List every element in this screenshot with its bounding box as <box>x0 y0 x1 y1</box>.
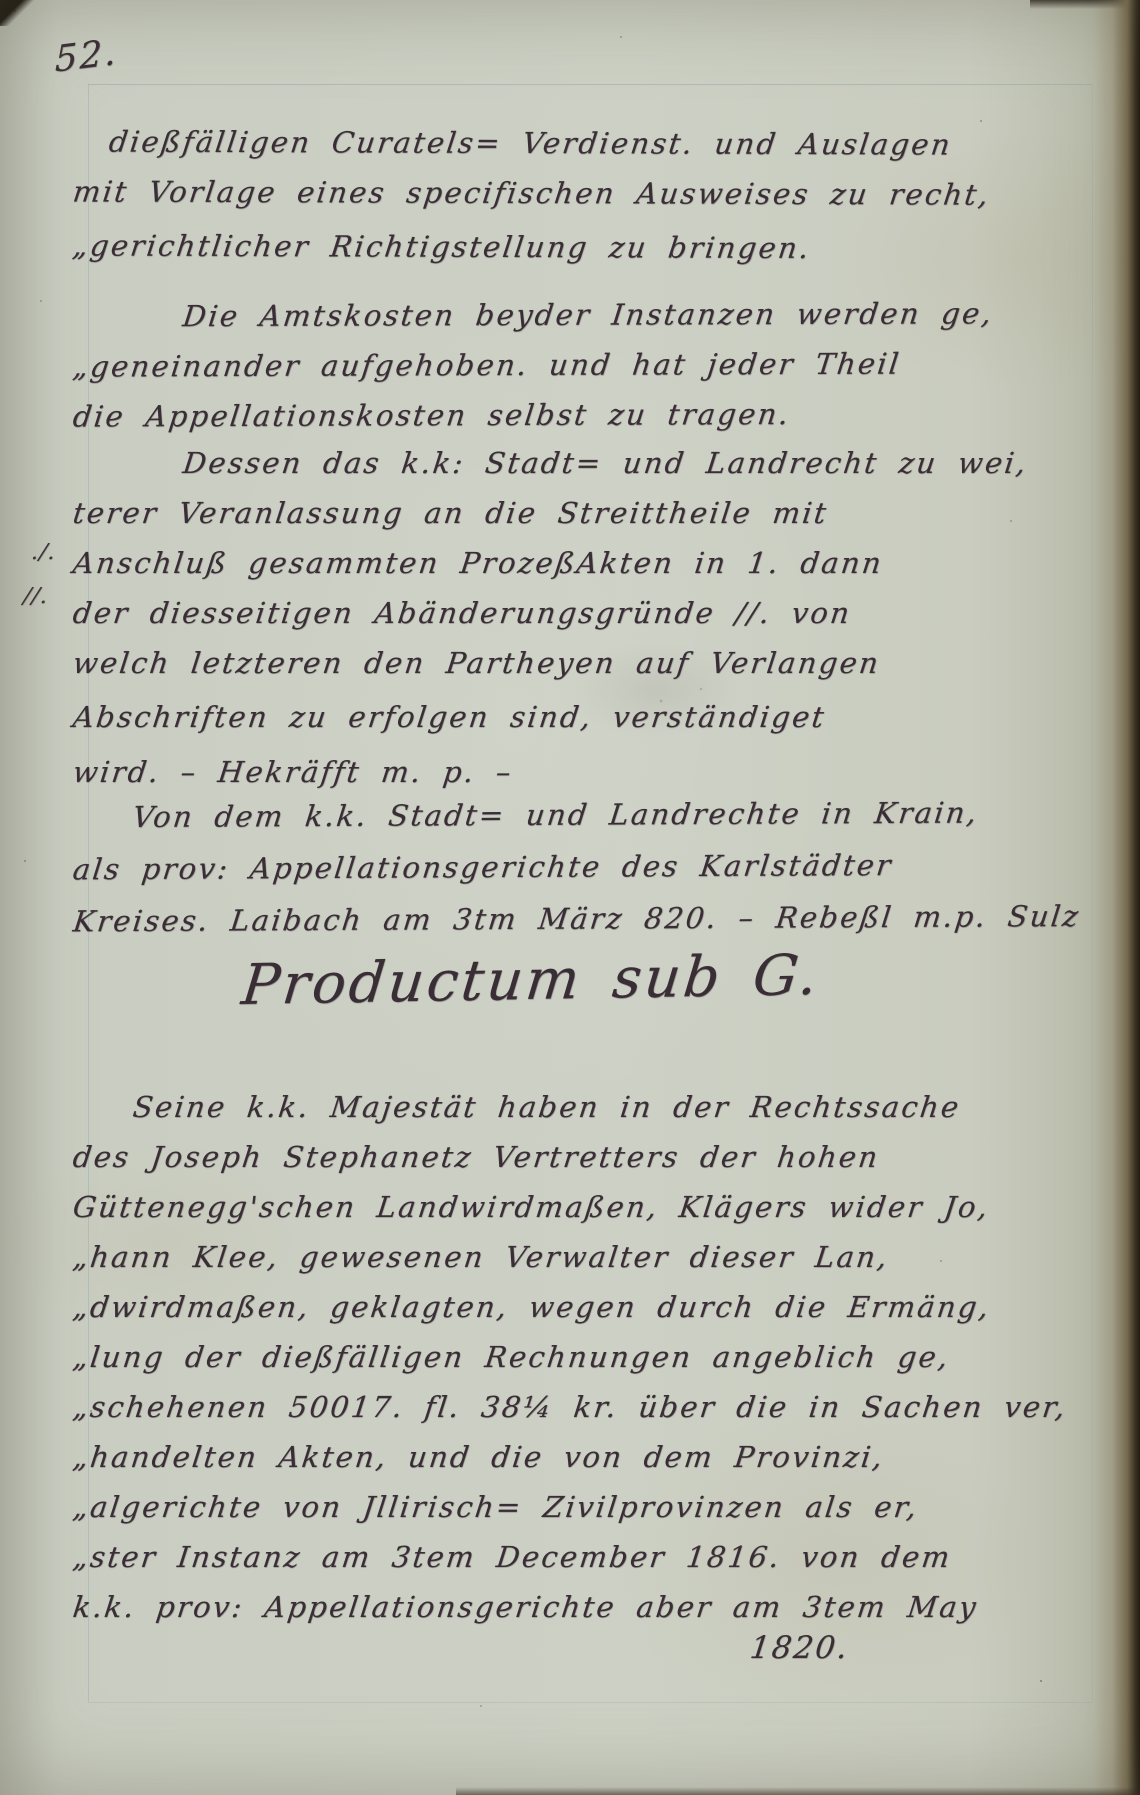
manuscript-line: Dessen das k.k: Stadt= und Landrecht zu … <box>70 438 960 488</box>
line-text: Abschriften zu erfolgen sind, verständig… <box>70 692 829 742</box>
manuscript-line: Anschluß gesammten ProzeßAkten in 1. dan… <box>70 538 960 588</box>
manuscript-line: Güttenegg'schen Landwirdmaßen, Klägers w… <box>70 1182 960 1232</box>
line-text: als prov: Appellationsgerichte des Karls… <box>70 840 895 894</box>
line-text: „geneinander aufgehoben. und hat jeder T… <box>70 339 904 392</box>
manuscript-line: „ster Instanz am 3tem December 1816. von… <box>70 1532 960 1582</box>
line-text: „schehenen 50017. fl. 38¼ kr. über die i… <box>70 1382 1070 1432</box>
manuscript-line: „schehenen 50017. fl. 38¼ kr. über die i… <box>70 1382 960 1432</box>
manuscript-line: als prov: Appellationsgerichte des Karls… <box>70 840 960 895</box>
manuscript-line: „gerichtlicher Richtigstellung zu bringe… <box>70 220 960 273</box>
margin-mark-text: //. <box>22 584 50 609</box>
line-text: Die Amtskosten beyder Instanzen werden g… <box>125 288 996 341</box>
line-text: „gerichtlicher Richtigstellung zu bringe… <box>70 220 814 273</box>
manuscript-line: die Appellationskosten selbst zu tragen. <box>70 388 960 441</box>
ruled-frame-right <box>1092 84 1093 1702</box>
manuscript-line: Abschriften zu erfolgen sind, verständig… <box>70 692 960 742</box>
line-text: dießfälligen Curatels= Verdienst. und Au… <box>88 117 955 170</box>
paragraph-2: Die Amtskosten beyder Instanzen werden g… <box>70 288 961 441</box>
manuscript-line: Die Amtskosten beyder Instanzen werden g… <box>70 288 960 341</box>
manuscript-line: der diesseitigen Abänderungsgründe //. v… <box>70 588 960 638</box>
manuscript-line: „handelten Akten, und die von dem Provin… <box>70 1432 960 1482</box>
book-gutter-edge <box>1094 0 1140 1795</box>
line-text: welch letzteren den Partheyen auf Verlan… <box>70 638 883 688</box>
line-text: „dwirdmaßen, geklagten, wegen durch die … <box>70 1282 993 1332</box>
manuscript-line: Seine k.k. Majestät haben in der Rechtss… <box>70 1082 960 1132</box>
line-text: Von dem k.k. Stadt= und Landrechte in Kr… <box>100 788 982 843</box>
paragraph-4: Von dem k.k. Stadt= und Landrechte in Kr… <box>70 788 961 947</box>
scan-corner-shadow-topleft <box>0 0 34 26</box>
manuscript-page-scan: 52. dießfälligen Curatels= Verdienst. un… <box>0 0 1140 1795</box>
page-number: 52. <box>50 32 118 80</box>
scan-edge-bottom <box>456 1787 1140 1795</box>
margin-mark-text: ./. <box>30 540 57 565</box>
margin-mark: //. <box>22 584 47 609</box>
manuscript-line: mit Vorlage eines specifischen Ausweises… <box>70 166 960 219</box>
line-text: Güttenegg'schen Landwirdmaßen, Klägers w… <box>70 1182 993 1232</box>
manuscript-line: Von dem k.k. Stadt= und Landrechte in Kr… <box>70 788 960 843</box>
paragraph-3: Dessen das k.k: Stadt= und Landrecht zu … <box>70 438 960 797</box>
ruled-frame-top <box>88 84 1092 85</box>
page-number-text: 52. <box>55 32 118 81</box>
line-text: „algerichte von Jllirisch= Zivilprovinze… <box>70 1482 922 1532</box>
manuscript-line: Kreises. Laibach am 3tm März 820. – Rebe… <box>70 892 960 947</box>
closing-year: 1820. <box>748 1630 847 1666</box>
manuscript-line: „algerichte von Jllirisch= Zivilprovinze… <box>70 1482 960 1532</box>
line-text: der diesseitigen Abänderungsgründe //. v… <box>70 588 854 638</box>
line-text: Seine k.k. Majestät haben in der Rechtss… <box>100 1082 964 1132</box>
line-text: „lung der dießfälligen Rechnungen angebl… <box>70 1332 953 1382</box>
manuscript-line: „hann Klee, gewesenen Verwalter dieser L… <box>70 1232 960 1282</box>
manuscript-line: dießfälligen Curatels= Verdienst. und Au… <box>70 116 960 169</box>
line-text: „hann Klee, gewesenen Verwalter dieser L… <box>70 1232 892 1282</box>
line-text: des Joseph Stephanetz Vertretters der ho… <box>70 1132 883 1182</box>
line-text: Dessen das k.k: Stadt= und Landrecht zu … <box>125 438 1031 488</box>
manuscript-line: terer Veranlassung an die Streittheile m… <box>70 488 960 538</box>
line-text: terer Veranlassung an die Streittheile m… <box>70 488 831 538</box>
section-heading-text: Productum sub G. <box>239 943 824 1018</box>
manuscript-line: „geneinander aufgehoben. und hat jeder T… <box>70 338 960 391</box>
line-text: k.k. prov: Appellationsgerichte aber am … <box>70 1582 981 1632</box>
paragraph-1: dießfälligen Curatels= Verdienst. und Au… <box>70 116 961 273</box>
line-text: die Appellationskosten selbst zu tragen. <box>70 389 793 442</box>
ruled-frame-bottom <box>88 1702 1092 1703</box>
line-text: mit Vorlage eines specifischen Ausweises… <box>70 166 993 219</box>
manuscript-line: welch letzteren den Partheyen auf Verlan… <box>70 638 960 688</box>
manuscript-line: „dwirdmaßen, geklagten, wegen durch die … <box>70 1282 960 1332</box>
section-heading: Productum sub G. <box>237 943 816 1018</box>
manuscript-line: k.k. prov: Appellationsgerichte aber am … <box>70 1582 960 1632</box>
closing-year-text: 1820. <box>748 1630 851 1666</box>
line-text: Kreises. Laibach am 3tm März 820. – Rebe… <box>70 891 1083 946</box>
manuscript-line: „lung der dießfälligen Rechnungen angebl… <box>70 1332 960 1382</box>
line-text: „ster Instanz am 3tem December 1816. von… <box>70 1532 955 1582</box>
line-text: Anschluß gesammten ProzeßAkten in 1. dan… <box>70 538 886 588</box>
margin-mark: ./. <box>30 540 54 565</box>
manuscript-line: des Joseph Stephanetz Vertretters der ho… <box>70 1132 960 1182</box>
line-text: „handelten Akten, und die von dem Provin… <box>70 1432 887 1482</box>
paragraph-5: Seine k.k. Majestät haben in der Rechtss… <box>70 1082 960 1632</box>
